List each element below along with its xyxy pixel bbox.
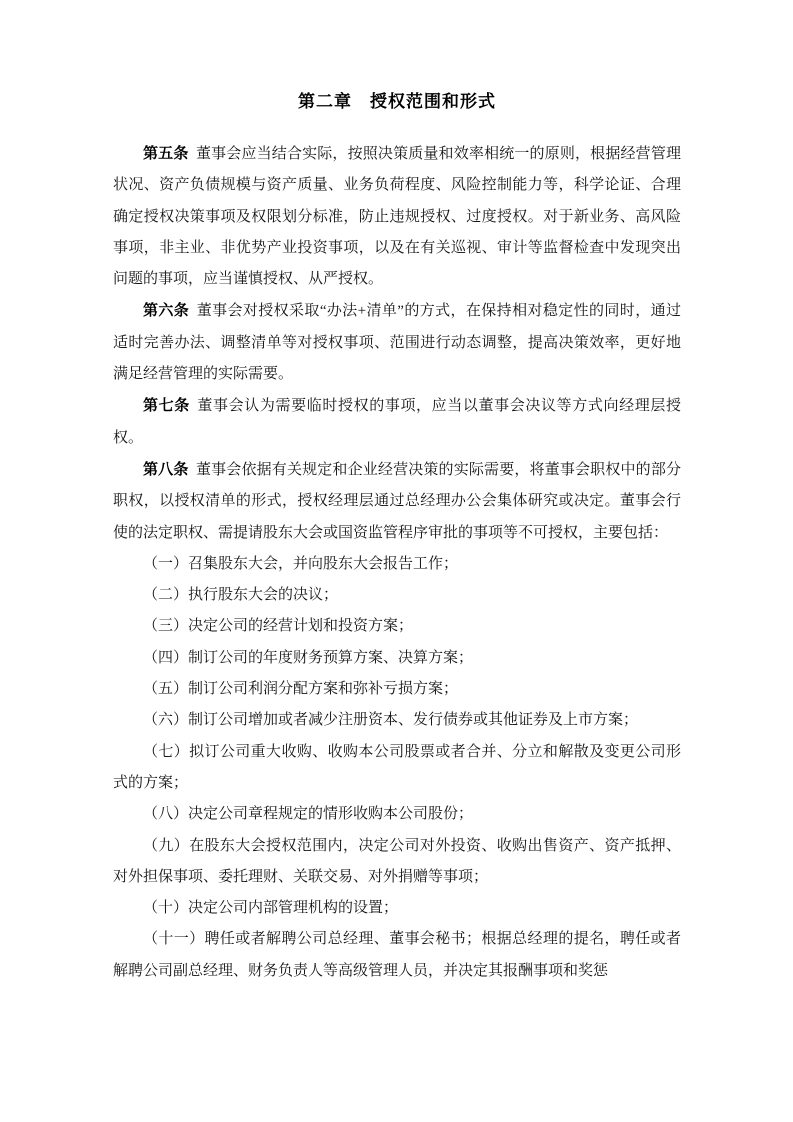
list-item-5: （五）制订公司利润分配方案和弥补亏损方案； [113,674,681,705]
article-6-paragraph: 第六条董事会对授权采取“办法+清单”的方式，在保持相对稳定性的同时，通过适时完善… [113,295,681,390]
list-item-9: （九）在股东大会授权范围内，决定公司对外投资、收购出售资产、资产抵押、对外担保事… [113,831,681,894]
list-item-10: （十）决定公司内部管理机构的设置； [113,893,681,924]
article-8-paragraph: 第八条董事会依据有关规定和企业经营决策的实际需要，将董事会职权中的部分职权，以授… [113,454,681,549]
document-content: 第二章 授权范围和形式 第五条董事会应当结合实际，按照决策质量和效率相统一的原则… [113,90,681,987]
list-item-11: （十一）聘任或者解聘公司总经理、董事会秘书；根据总经理的提名，聘任或者解聘公司副… [113,924,681,987]
article-6-number: 第六条 [143,302,189,319]
list-item-3: （三）决定公司的经营计划和投资方案； [113,611,681,642]
list-item-1: （一）召集股东大会，并向股东大会报告工作； [113,549,681,580]
article-8-text: 董事会依据有关规定和企业经营决策的实际需要，将董事会职权中的部分职权，以授权清单… [113,462,681,541]
article-6-text: 董事会对授权采取“办法+清单”的方式，在保持相对稳定性的同时，通过适时完善办法、… [113,303,681,382]
list-item-7: （七）拟订公司重大收购、收购本公司股票或者合并、分立和解散及变更公司形式的方案； [113,737,681,800]
article-5-text: 董事会应当结合实际，按照决策质量和效率相统一的原则，根据经营管理状况、资产负债规… [113,146,681,287]
chapter-title: 第二章 授权范围和形式 [113,90,681,114]
list-item-2: （二）执行股东大会的决议； [113,580,681,611]
list-item-4: （四）制订公司的年度财务预算方案、决算方案； [113,643,681,674]
list-item-8: （八）决定公司章程规定的情形收购本公司股份； [113,799,681,830]
article-7-paragraph: 第七条董事会认为需要临时授权的事项，应当以董事会决议等方式向经理层授权。 [113,390,681,454]
article-7-number: 第七条 [143,397,190,414]
article-8-number: 第八条 [143,461,188,478]
list-item-6: （六）制订公司增加或者减少注册资本、发行债券或其他证券及上市方案； [113,705,681,736]
article-5-paragraph: 第五条董事会应当结合实际，按照决策质量和效率相统一的原则，根据经营管理状况、资产… [113,138,681,295]
article-7-text: 董事会认为需要临时授权的事项，应当以董事会决议等方式向经理层授权。 [113,398,681,445]
article-5-number: 第五条 [143,145,188,162]
document-page: 第二章 授权范围和形式 第五条董事会应当结合实际，按照决策质量和效率相统一的原则… [0,0,793,1122]
